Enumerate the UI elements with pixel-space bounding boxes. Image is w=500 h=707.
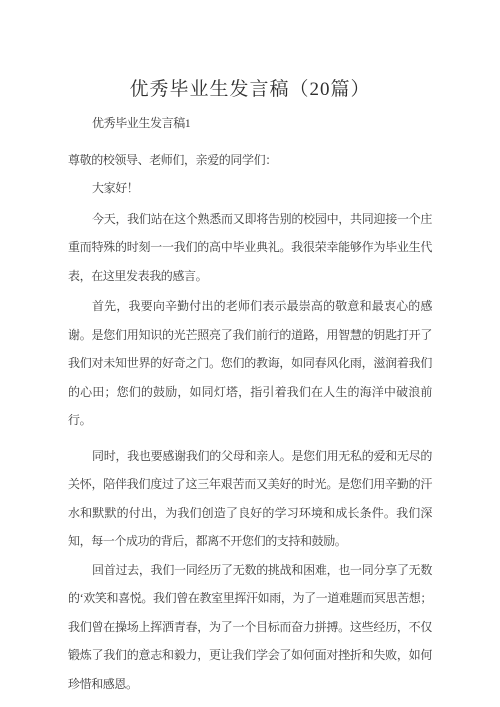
paragraph-intro: 今天，我们站在这个熟悉而又即将告别的校园中，共同迎接一个庄重而特殊的时刻一一我们… [68, 205, 432, 291]
document-page: 优秀毕业生发言稿（20篇） 优秀毕业生发言稿1 尊敬的校领导、老师们，亲爱的同学… [0, 0, 500, 707]
greeting-line: 大家好！ [68, 174, 432, 203]
paragraph-thanks-teachers: 首先，我要向辛勤付出的老师们表示最崇高的敬意和最衷心的感谢。是您们用知识的光芒照… [68, 292, 432, 435]
paragraph-looking-back: 回首过去，我们一同经历了无数的挑战和困难，也一同分享了无数的‘欢笑和喜悦。我们曾… [68, 556, 432, 699]
salutation-line: 尊敬的校领导、老师们，亲爱的同学们： [68, 146, 432, 175]
page-title: 优秀毕业生发言稿（20篇） [68, 76, 432, 104]
paragraph-thanks-parents: 同时，我也要感谢我们的父母和亲人。是您们用无私的爱和无尽的关怀，陪伴我们度过了这… [68, 442, 432, 556]
doc-subtitle: 优秀毕业生发言稿1 [68, 109, 432, 138]
document-body: 优秀毕业生发言稿1 尊敬的校领导、老师们，亲爱的同学们： 大家好！ 今天，我们站… [68, 109, 432, 698]
